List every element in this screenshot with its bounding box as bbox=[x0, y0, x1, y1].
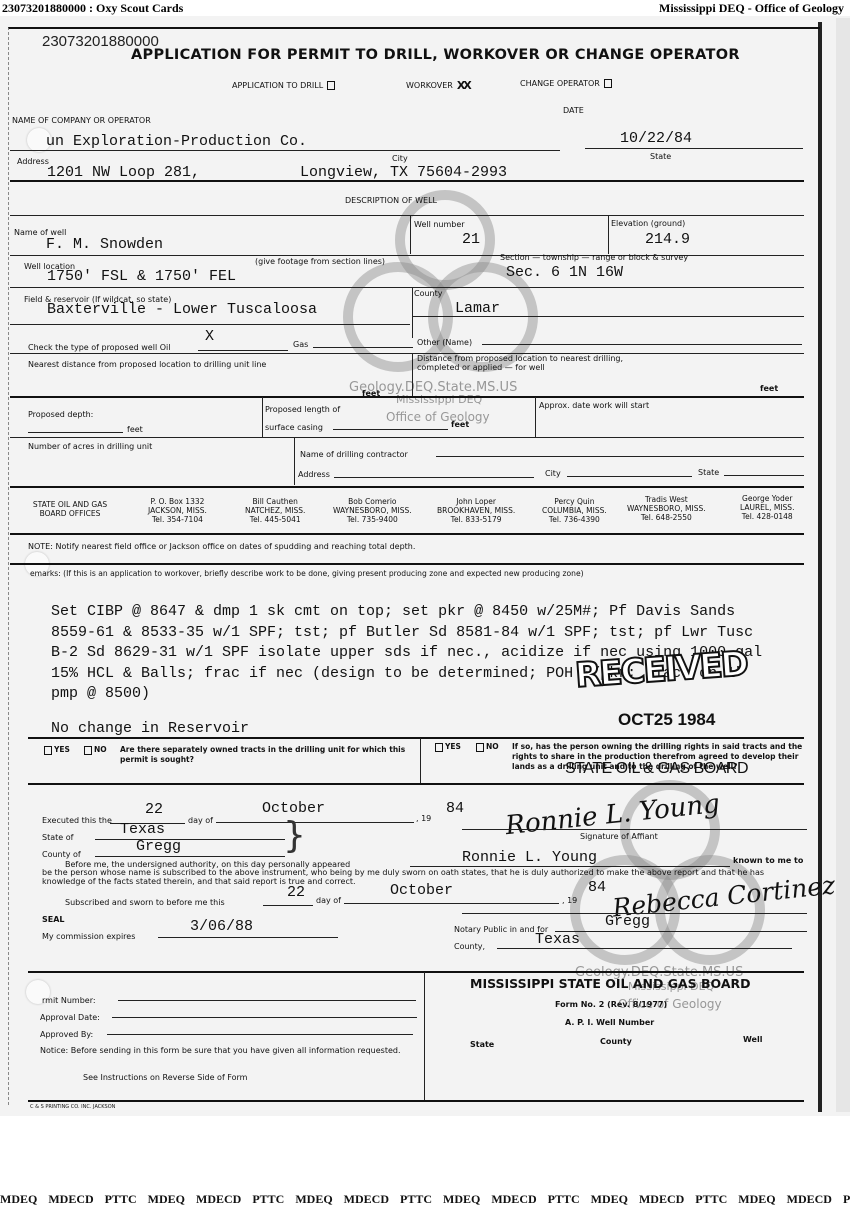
header-document-id: 23073201880000 : Oxy Scout Cards bbox=[2, 1, 183, 16]
nearest-well-label: Distance from proposed location to neare… bbox=[417, 354, 657, 372]
divider bbox=[10, 353, 804, 354]
option-workover[interactable]: WORKOVERXX bbox=[406, 79, 470, 92]
form-number: Form No. 2 (Rev. 8/1977) bbox=[555, 1000, 667, 1009]
surface-casing-label2: surface casing bbox=[265, 423, 323, 432]
approved-by-blank bbox=[107, 1034, 413, 1035]
office-line: John Loper bbox=[437, 497, 515, 506]
well-location-value[interactable]: 1750' FSL & 1750' FEL bbox=[47, 268, 236, 285]
date-label: DATE bbox=[563, 106, 584, 115]
contractor-address-blank bbox=[334, 477, 534, 478]
sworn-month-blank bbox=[344, 903, 559, 904]
office-line: WAYNESBORO, MISS. bbox=[627, 504, 706, 513]
checkbox-drill[interactable] bbox=[327, 81, 335, 90]
sworn-year[interactable]: 84 bbox=[588, 879, 606, 896]
sworn-year-prefix: , 19 bbox=[562, 896, 577, 905]
notary-state[interactable]: Texas bbox=[535, 931, 580, 948]
office-columbia: Percy QuinCOLUMBIA, MISS.Tel. 736-4390 bbox=[542, 497, 607, 524]
office-brookhaven: John LoperBROOKHAVEN, MISS.Tel. 833-5179 bbox=[437, 497, 515, 524]
option-label: YES bbox=[445, 742, 461, 751]
county-label-2: County, bbox=[454, 942, 485, 951]
office-line: George Yoder bbox=[740, 494, 794, 503]
column-divider bbox=[294, 438, 295, 485]
divider bbox=[10, 215, 804, 216]
divider bbox=[10, 533, 804, 535]
office-natchez: Bill CauthenNATCHEZ, MISS.Tel. 445-5041 bbox=[245, 497, 305, 524]
month-blank bbox=[216, 822, 414, 823]
office-line: WAYNESBORO, MISS. bbox=[333, 506, 412, 515]
remarks-label: emarks: (If this is an application to wo… bbox=[30, 569, 584, 578]
see-instructions: See Instructions on Reverse Side of Form bbox=[83, 1073, 247, 1082]
question1-text: Are there separately owned tracts in the… bbox=[120, 745, 415, 765]
state-of-blank bbox=[95, 839, 285, 840]
option-label: YES bbox=[54, 745, 70, 754]
executed-day[interactable]: 22 bbox=[145, 801, 163, 818]
section-value[interactable]: Sec. 6 1N 16W bbox=[506, 264, 623, 281]
divider bbox=[10, 396, 804, 398]
contractor-city-label: City bbox=[545, 469, 561, 478]
approval-date-label: Approval Date: bbox=[40, 1013, 100, 1022]
checkbox-q1-no[interactable] bbox=[84, 746, 92, 755]
permit-number-blank bbox=[118, 1000, 416, 1001]
column-divider bbox=[412, 354, 413, 396]
state-label: State bbox=[650, 152, 671, 161]
commission-label: My commission expires bbox=[42, 932, 135, 941]
casing-blank bbox=[333, 429, 448, 430]
gas-blank bbox=[313, 347, 413, 348]
sworn-month[interactable]: October bbox=[390, 882, 453, 899]
approval-date-blank bbox=[112, 1017, 417, 1018]
seal-label: SEAL bbox=[42, 915, 65, 924]
year-prefix: , 19 bbox=[416, 814, 431, 823]
watermark-line2: Mississippi DEQ bbox=[396, 393, 482, 406]
checkbox-q2-no[interactable] bbox=[476, 743, 484, 752]
column-divider bbox=[412, 288, 413, 338]
option-change-operator[interactable]: CHANGE OPERATOR bbox=[520, 79, 612, 88]
column-divider bbox=[608, 216, 609, 254]
contractor-state-label: State bbox=[698, 468, 719, 477]
office-phone: Tel. 428-0148 bbox=[740, 512, 794, 521]
county-label: County bbox=[414, 289, 443, 298]
county-of-blank bbox=[95, 856, 285, 857]
option-label: WORKOVER bbox=[406, 81, 453, 90]
approved-by-label: Approved By: bbox=[40, 1030, 93, 1039]
checkbox-q2-yes[interactable] bbox=[435, 743, 443, 752]
divider bbox=[10, 563, 804, 565]
state-of-label: State of bbox=[42, 833, 73, 842]
office-line: COLUMBIA, MISS. bbox=[542, 506, 607, 515]
notary-county[interactable]: Gregg bbox=[605, 913, 650, 930]
divider bbox=[28, 737, 804, 739]
office-laurel: George YoderLAUREL, MISS.Tel. 428-0148 bbox=[740, 494, 794, 521]
proposed-depth-label: Proposed depth: bbox=[28, 410, 93, 419]
contractor-blank bbox=[436, 456, 804, 457]
city-value[interactable]: Longview, TX 75604-2993 bbox=[300, 164, 507, 181]
option-label: NO bbox=[94, 745, 107, 754]
divider bbox=[10, 437, 804, 438]
office-phone: Tel. 648-2550 bbox=[627, 513, 706, 522]
commission-expires[interactable]: 3/06/88 bbox=[190, 918, 253, 935]
other-label: Other (Name) bbox=[417, 338, 472, 347]
header-agency: Mississippi DEQ - Office of Geology bbox=[659, 1, 844, 16]
affidavit-county[interactable]: Gregg bbox=[136, 838, 181, 855]
option-label: CHANGE OPERATOR bbox=[520, 79, 600, 88]
form-title: APPLICATION FOR PERMIT TO DRILL, WORKOVE… bbox=[131, 47, 740, 63]
acres-label: Number of acres in drilling unit bbox=[28, 442, 152, 451]
permit-number-label: rmit Number: bbox=[42, 996, 96, 1005]
office-phone: Tel. 735-9400 bbox=[333, 515, 412, 524]
executed-label: Executed this the bbox=[42, 816, 112, 825]
remark-line: Set CIBP @ 8647 & dmp 1 sk cmt on top; s… bbox=[51, 602, 762, 623]
office-line: BROOKHAVEN, MISS. bbox=[437, 506, 515, 515]
affiant-name[interactable]: Ronnie L. Young bbox=[462, 849, 597, 866]
surface-casing-label1: Proposed length of bbox=[265, 405, 340, 414]
signature-label: Signature of Affiant bbox=[580, 832, 658, 841]
q1-no[interactable]: NO bbox=[84, 745, 107, 755]
option-application-to-drill[interactable]: APPLICATION TO DRILL bbox=[232, 81, 335, 90]
option-label: NO bbox=[486, 742, 499, 751]
other-blank bbox=[482, 344, 802, 345]
api-county: County bbox=[600, 1037, 632, 1046]
contractor-label: Name of drilling contractor bbox=[300, 450, 408, 459]
elevation-value[interactable]: 214.9 bbox=[645, 231, 690, 248]
q1-yes[interactable]: YES bbox=[44, 745, 70, 755]
contractor-address-label: Address bbox=[298, 470, 330, 479]
office-line: Percy Quin bbox=[542, 497, 607, 506]
office-line: Tradis West bbox=[627, 495, 706, 504]
description-heading: DESCRIPTION OF WELL bbox=[345, 196, 437, 205]
column-divider bbox=[262, 397, 263, 437]
divider bbox=[10, 287, 804, 288]
date-value[interactable]: 10/22/84 bbox=[620, 130, 692, 147]
printer-credit: C & S PRINTING CO. INC. JACKSON bbox=[30, 1104, 115, 1110]
office-phone: Tel. 833-5179 bbox=[437, 515, 515, 524]
surface-casing-unit: feet bbox=[451, 420, 469, 429]
contractor-state-blank bbox=[724, 475, 804, 476]
column-divider bbox=[420, 738, 421, 783]
office-phone: Tel. 354-7104 bbox=[148, 515, 207, 524]
board-stamp: STATE OIL & GAS BOARD bbox=[565, 760, 748, 778]
divider bbox=[28, 1100, 804, 1102]
section-label: Section — township — range or block & su… bbox=[500, 253, 688, 262]
received-stamp-date: OCT25 1984 bbox=[618, 710, 715, 730]
oil-mark[interactable]: X bbox=[205, 328, 214, 345]
office-waynesboro-2: Tradis WestWAYNESBORO, MISS.Tel. 648-255… bbox=[627, 495, 706, 522]
checkbox-change-operator[interactable] bbox=[604, 79, 612, 88]
office-line: P. O. Box 1332 bbox=[148, 497, 207, 506]
subscribed-label: Subscribed and sworn to before me this bbox=[65, 898, 225, 907]
depth-blank bbox=[28, 432, 123, 433]
api-well: Well bbox=[743, 1035, 762, 1044]
office-line: LAUREL, MISS. bbox=[740, 503, 794, 512]
q2-yes[interactable]: YES bbox=[435, 742, 461, 752]
day-of-label: day of bbox=[188, 816, 213, 825]
notary-state-blank bbox=[497, 948, 792, 949]
watermark-line3: Office of Geology bbox=[386, 410, 490, 424]
nearest-well-unit: feet bbox=[760, 384, 778, 393]
api-label: A. P. I. Well Number bbox=[565, 1018, 654, 1027]
affiant-name-blank bbox=[410, 866, 730, 867]
office-phone: Tel. 736-4390 bbox=[542, 515, 607, 524]
office-line: JACKSON, MISS. bbox=[148, 506, 207, 515]
column-divider bbox=[424, 972, 425, 1100]
footer-tokens: MDEQ MDECD PTTC MDEQ MDECD PTTC MDEQ MDE… bbox=[0, 1192, 850, 1207]
api-state: State bbox=[470, 1040, 494, 1049]
column-divider bbox=[535, 397, 536, 437]
oil-blank bbox=[198, 350, 288, 351]
brace: } bbox=[283, 818, 306, 854]
remark-line: 8559-61 & 8533-35 w/1 SPF; tst; pf Butle… bbox=[51, 623, 762, 644]
company-value[interactable]: un Exploration-Production Co. bbox=[46, 133, 307, 150]
well-number-label: Well number bbox=[414, 220, 465, 229]
nearest-unit-line-label: Nearest distance from proposed location … bbox=[28, 360, 266, 369]
scan-margin bbox=[836, 18, 850, 1112]
q2-no[interactable]: NO bbox=[476, 742, 499, 752]
company-underline bbox=[10, 150, 560, 151]
divider bbox=[412, 316, 804, 317]
divider bbox=[28, 783, 804, 785]
field-value[interactable]: Baxterville - Lower Tuscaloosa bbox=[47, 301, 317, 318]
sworn-day-blank bbox=[263, 905, 313, 906]
note-text: NOTE: Notify nearest field office or Jac… bbox=[28, 542, 415, 551]
address-value[interactable]: 1201 NW Loop 281, bbox=[47, 164, 200, 181]
gas-label: Gas bbox=[293, 340, 308, 349]
notice-text: Notice: Before sending in this form be s… bbox=[40, 1046, 415, 1055]
office-line: NATCHEZ, MISS. bbox=[245, 506, 305, 515]
board-title: MISSISSIPPI STATE OIL AND GAS BOARD bbox=[470, 976, 751, 991]
proposed-depth-unit: feet bbox=[127, 425, 143, 434]
well-location-hint: (give footage from section lines) bbox=[255, 257, 385, 266]
well-type-label: Check the type of proposed well Oil bbox=[28, 343, 170, 352]
signature-line bbox=[462, 829, 807, 830]
county-of-label: County of bbox=[42, 850, 81, 859]
office-line: Bob Comerio bbox=[333, 497, 412, 506]
well-name-value[interactable]: F. M. Snowden bbox=[46, 236, 163, 253]
company-label: NAME OF COMPANY OR OPERATOR bbox=[12, 116, 151, 125]
office-phone: Tel. 445-5041 bbox=[245, 515, 305, 524]
office-jackson: P. O. Box 1332JACKSON, MISS.Tel. 354-710… bbox=[148, 497, 207, 524]
office-line: Bill Cauthen bbox=[245, 497, 305, 506]
divider bbox=[10, 486, 804, 488]
work-start-label: Approx. date work will start bbox=[539, 401, 649, 410]
elevation-label: Elevation (ground) bbox=[611, 219, 685, 228]
executed-year[interactable]: 84 bbox=[446, 800, 464, 817]
offices-heading: STATE OIL AND GAS BOARD OFFICES bbox=[30, 500, 110, 518]
address-label: Address bbox=[17, 157, 49, 166]
checkbox-q1-yes[interactable] bbox=[44, 746, 52, 755]
contractor-city-blank bbox=[567, 476, 692, 477]
well-number-value[interactable]: 21 bbox=[462, 231, 480, 248]
divider bbox=[10, 180, 804, 182]
option-label: APPLICATION TO DRILL bbox=[232, 81, 323, 90]
city-label: City bbox=[392, 154, 408, 163]
affidavit-state[interactable]: Texas bbox=[120, 821, 165, 838]
date-underline bbox=[585, 148, 803, 149]
sworn-day[interactable]: 22 bbox=[287, 884, 305, 901]
commission-blank bbox=[158, 937, 338, 938]
office-waynesboro: Bob ComerioWAYNESBORO, MISS.Tel. 735-940… bbox=[333, 497, 412, 524]
notary-county-blank bbox=[555, 931, 807, 932]
column-divider bbox=[410, 216, 411, 254]
known-to-me-text: known to me to bbox=[733, 856, 803, 865]
divider bbox=[10, 324, 410, 325]
county-value[interactable]: Lamar bbox=[455, 300, 500, 317]
divider bbox=[28, 971, 804, 973]
checkbox-workover-checked[interactable]: XX bbox=[457, 79, 470, 92]
sworn-day-of-label: day of bbox=[316, 896, 341, 905]
